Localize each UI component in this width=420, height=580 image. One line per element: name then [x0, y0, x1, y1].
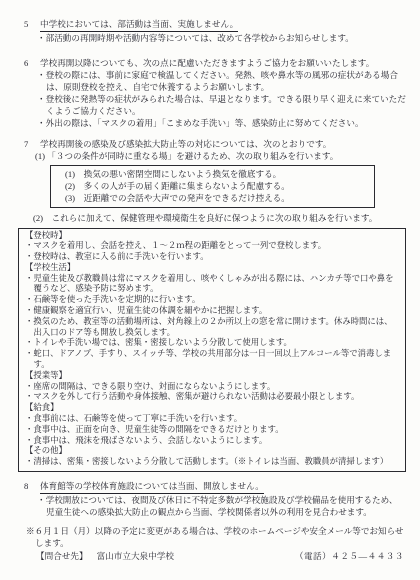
- section-7-item-2: (2) これらに加えて、保健管理や環境衛生を良好に保つように次の取り組みを行いま…: [33, 212, 406, 224]
- measure-line: ・清掃は、密集・密接しないよう分散して活動します。（※トイレは当面、教職員が清掃…: [25, 457, 400, 468]
- three-conditions-box: (1) 換気の悪い密閉空間にしないよう換気を徹底する。 (2) 多くの人が手の届…: [50, 165, 375, 208]
- section-7-number: 7: [24, 138, 40, 150]
- measure-line: ・換気のため、教室等の活動場所は、対角線上の２か所以上の窓を常に開けます。休み時…: [25, 317, 400, 339]
- measure-line: ・食事中は、正面を向き、児童生徒等の間隔をできるだけとります。: [25, 425, 400, 436]
- condition-line: (3) 近距離での会話や大声での発声をできるだけ控える。: [65, 192, 368, 204]
- section-6-heading: 学校再開以降についても、次の点に配慮いただきますようご協力をお願いいたします。: [40, 57, 374, 69]
- measure-line: ・登校時は、教室に入る前に手洗いを行います。: [25, 252, 400, 263]
- contact-line: 【問合せ先】 富山市立大泉中学校 （電話）４２５―４４３３: [36, 550, 404, 562]
- measure-line: ・食事中は、飛沫を飛ばさないよう、会話しないようにします。: [25, 436, 400, 447]
- measure-line: ・マスクを外して行う活動や身体接触、密集が避けられない活動は必要最小限とします。: [25, 392, 400, 403]
- group-header-lessons: 【授業等】: [25, 371, 400, 382]
- section-gym-facilities: 8 体育館等の学校体育施設については当面、開放しません。 ・学校開放については、…: [24, 480, 406, 518]
- measure-line: ・食事前には、石鹸等を使って丁寧に手洗いを行います。: [25, 414, 400, 425]
- section-7-item-1: (1) 「３つの条件が同時に重なる場」を避けるため、次の取り組みを行います。: [35, 150, 406, 162]
- bullet-line: ・登校の際には、事前に家庭で検温してください。発熱、咳や鼻水等の風邪の症状がある…: [37, 69, 406, 93]
- group-header-school-life: 【学校生活】: [25, 263, 400, 274]
- section-7-heading-row: 7 学校再開後の感染及び感染拡大防止等の対応については、次のとおりです。: [24, 138, 406, 150]
- contact-school-name: 富山市立大泉中学校: [97, 550, 174, 562]
- measure-line: ・座席の間隔は、できる限り空け、対面にならないようにします。: [25, 382, 400, 393]
- condition-line: (2) 多くの人が手の届く距離に集まらないよう配慮する。: [65, 180, 368, 192]
- section-8-number: 8: [24, 480, 40, 492]
- school-notice-document: 5 中学校においては、部活動は当面、実施しません。 ・部活動の再開時期や活動内容…: [0, 0, 420, 580]
- hygiene-measures-box: 【登校時】 ・マスクを着用し、会話を控え、１～２ｍ程の距離をとって一列で登校しま…: [18, 228, 406, 473]
- measure-line: ・マスクを着用し、会話を控え、１～２ｍ程の距離をとって一列で登校します。: [25, 241, 400, 252]
- measure-line: ・健康観察を適宜行い、児童生徒の体調を細やかに把握します。: [25, 306, 400, 317]
- group-header-arrival: 【登校時】: [25, 231, 400, 242]
- condition-line: (1) 換気の悪い密閉空間にしないよう換気を徹底する。: [65, 168, 368, 180]
- bullet-line: ・学校開放については、夜間及び休日に不特定多数が学校施設及び学校備品を使用するた…: [37, 494, 406, 518]
- section-5-number: 5: [24, 18, 40, 30]
- measure-line: ・石鹸等を使った手洗いを定期的に行います。: [25, 295, 400, 306]
- section-infection-prevention: 7 学校再開後の感染及び感染拡大防止等の対応については、次のとおりです。 (1)…: [24, 138, 406, 473]
- section-6-heading-row: 6 学校再開以降についても、次の点に配慮いただきますようご協力をお願いいたします…: [24, 57, 406, 69]
- postscript-note: ※６月１日（月）以降の予定に変更がある場合は、学校のホームページや安全メール等で…: [26, 525, 406, 549]
- measure-line: ・児童生徒及び教職員は常にマスクを着用し、咳やくしゃみが出る際には、ハンカチ等で…: [25, 274, 400, 296]
- group-header-other: 【その他】: [25, 446, 400, 457]
- contact-phone-number: （電話）４２５―４４３３: [295, 550, 404, 562]
- measure-line: ・蛇口、ドアノブ、手すり、スイッチ等、学校の共用部分は一日一回以上アルコール等で…: [25, 349, 400, 371]
- section-5-heading: 中学校においては、部活動は当面、実施しません。: [40, 18, 238, 32]
- section-after-reopening: 6 学校再開以降についても、次の点に配慮いただきますようご協力をお願いいたします…: [24, 57, 406, 129]
- section-6-bullets: ・登校の際には、事前に家庭で検温してください。発熱、咳や鼻水等の風邪の症状がある…: [37, 69, 406, 129]
- bullet-line: ・部活動の再開時期や活動内容等については、改めて各学校からお知らせします。: [37, 32, 406, 44]
- section-7-heading: 学校再開後の感染及び感染拡大防止等の対応については、次のとおりです。: [40, 138, 331, 150]
- contact-label: 【問合せ先】: [36, 550, 88, 562]
- section-6-number: 6: [24, 57, 40, 69]
- section-club-activities: 5 中学校においては、部活動は当面、実施しません。 ・部活動の再開時期や活動内容…: [24, 18, 406, 44]
- group-header-school-lunch: 【給食】: [25, 403, 400, 414]
- section-5-heading-row: 5 中学校においては、部活動は当面、実施しません。: [24, 18, 406, 32]
- bullet-line: ・登校後に発熱等の症状がみられた場合は、早退となります。できる限り早く迎えに来て…: [37, 93, 406, 117]
- section-8-heading: 体育館等の学校体育施設については当面、開放しません。: [40, 480, 264, 494]
- section-8-bullets: ・学校開放については、夜間及び休日に不特定多数が学校施設及び学校備品を使用するた…: [37, 494, 406, 518]
- bullet-line: ・外出の際は、「マスクの着用」「こまめな手洗い」等、感染防止に努めてください。: [37, 117, 406, 129]
- section-8-heading-row: 8 体育館等の学校体育施設については当面、開放しません。: [24, 480, 406, 494]
- section-5-bullets: ・部活動の再開時期や活動内容等については、改めて各学校からお知らせします。: [37, 32, 406, 44]
- measure-line: ・トイレや手洗い場では、密集・密接しないよう分散して使用します。: [25, 338, 400, 349]
